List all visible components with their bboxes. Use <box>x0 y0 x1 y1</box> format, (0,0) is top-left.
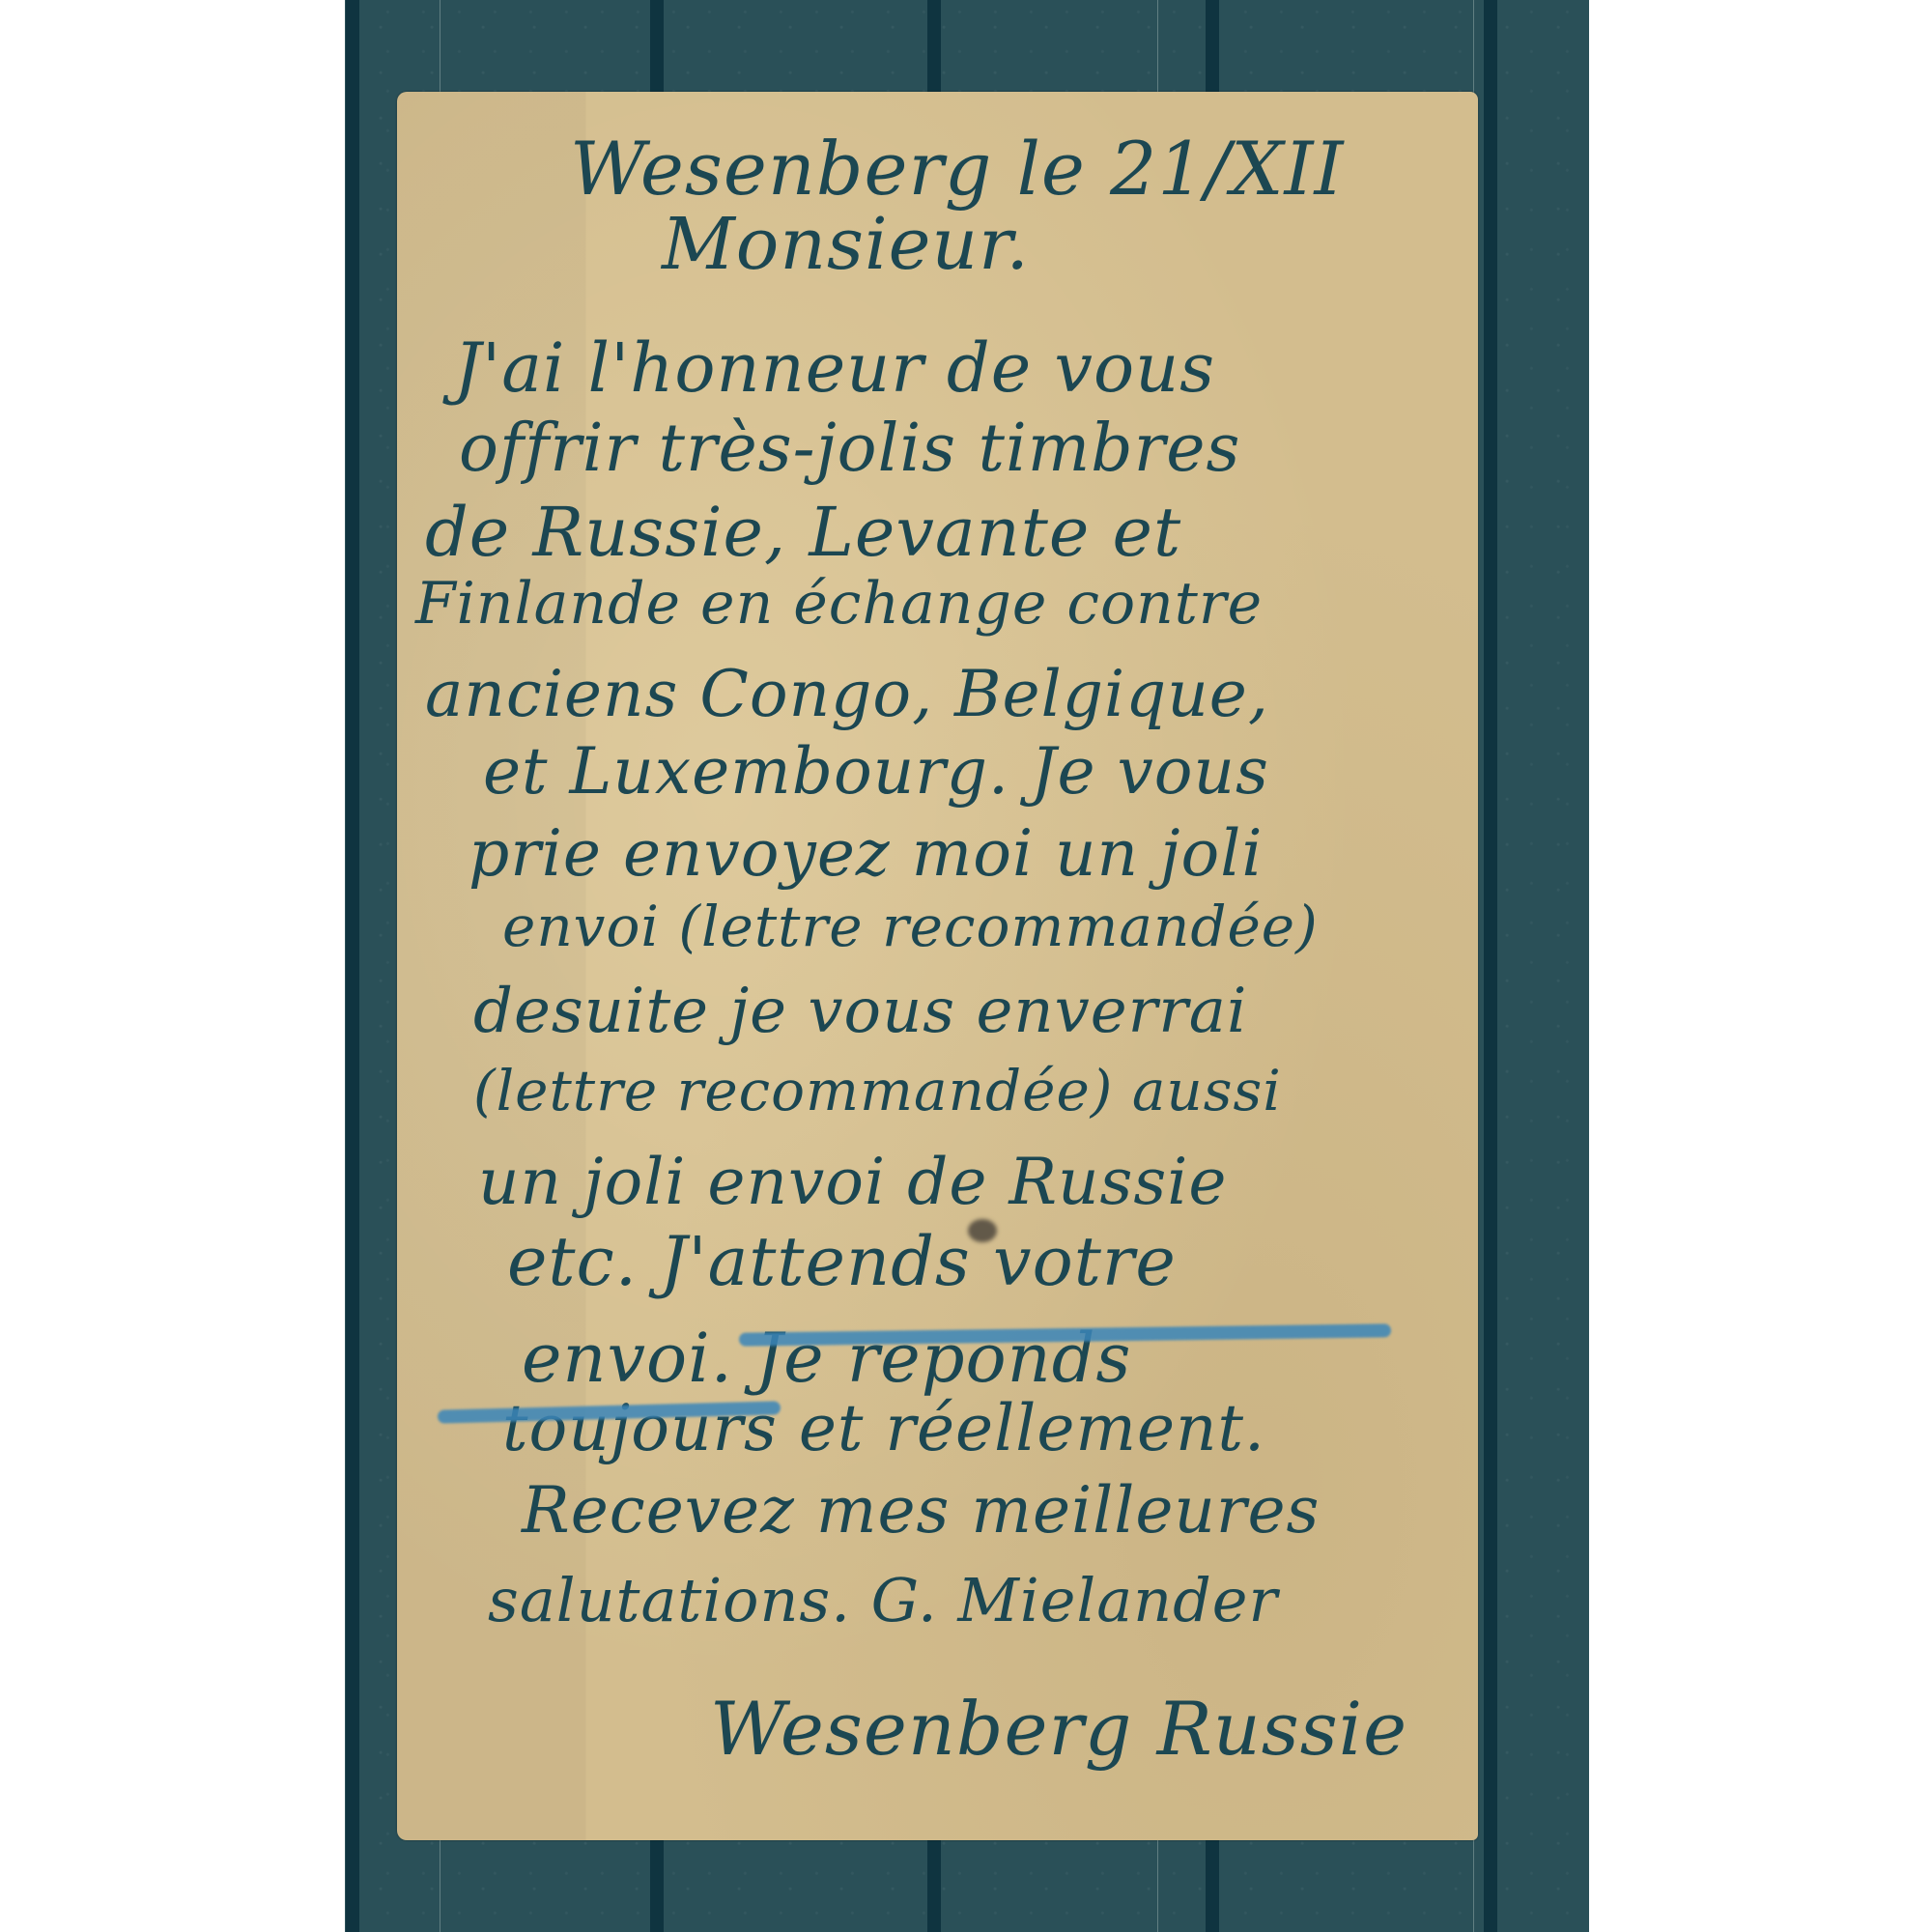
body-line: salutations. G. Mielander <box>488 1565 1278 1635</box>
ink-stain <box>968 1219 997 1242</box>
body-line: de Russie, Levante et <box>425 493 1181 572</box>
body-line: anciens Congo, Belgique, <box>425 657 1269 731</box>
body-line: desuite je vous enverrai <box>473 976 1247 1047</box>
body-line: prie envoyez moi un joli <box>469 816 1263 891</box>
body-line: offrir très-jolis timbres <box>459 411 1240 487</box>
body-line: Finlande en échange contre <box>415 570 1263 638</box>
salutation-line: Monsieur. <box>662 203 1030 286</box>
stockbook-strip <box>1484 0 1497 1932</box>
stockbook-strip <box>346 0 359 1932</box>
body-line: un joli envoi de Russie <box>478 1145 1227 1219</box>
body-line: etc. J'attends votre <box>507 1222 1177 1301</box>
body-line: toujours et réellement. <box>502 1391 1265 1465</box>
body-line: Recevez mes meilleures <box>522 1473 1320 1548</box>
body-line: et Luxembourg. Je vous <box>483 734 1269 809</box>
body-line: (lettre recommandée) aussi <box>473 1058 1282 1123</box>
closing-address-line: Wesenberg Russie <box>710 1686 1407 1772</box>
body-line: envoi (lettre recommandée) <box>502 894 1319 959</box>
body-line: J'ai l'honneur de vous <box>454 328 1215 408</box>
place-date-line: Wesenberg le 21/XII <box>570 126 1345 212</box>
